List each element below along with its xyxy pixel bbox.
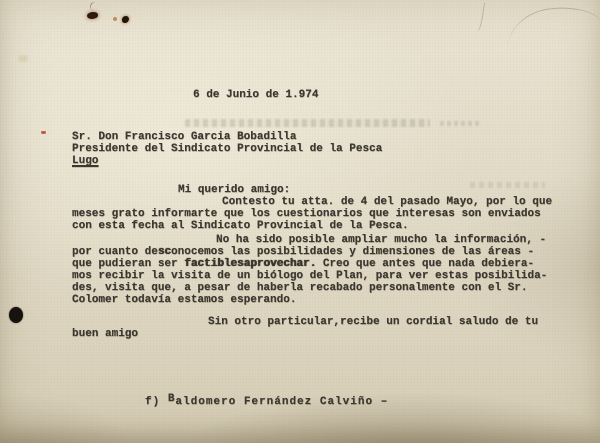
body-line: meses grato informarte que los cuestiona… — [72, 208, 541, 220]
signature-rest: aldomero Fernández Calviño – — [175, 396, 388, 408]
salutation: Mi querido amigo: — [178, 184, 290, 196]
overstruck-text: sc — [158, 246, 171, 258]
burn-curl-mark — [89, 1, 101, 13]
ghost-ink-impression — [440, 121, 480, 126]
pencil-mark — [474, 2, 485, 33]
punch-hole-dot — [9, 307, 23, 323]
body-text: que pudieran ser — [72, 258, 184, 270]
paper-stain — [18, 55, 28, 62]
signature-prefix: f) — [145, 396, 168, 408]
recipient-title: Presidente del Sindicato Provincial de l… — [72, 143, 382, 155]
ghost-ink-impression — [470, 182, 545, 188]
scanned-letter-page: 6 de Junio de 1.974 Sr. Don Francisco Ga… — [0, 0, 600, 443]
body-line: que pudieran ser factiblesaprovechar. Cr… — [72, 258, 534, 270]
body-line: Colomer todavía estamos esperando. — [72, 294, 296, 306]
body-text: onocemos las posibilidades y dimensiones… — [171, 246, 534, 258]
burn-speck-icon — [87, 12, 98, 19]
signature-initial: B — [168, 393, 176, 405]
recipient-name: Sr. Don Francisco Garcia Bobadilla — [72, 131, 296, 143]
overstruck-text: factiblesaprovechar. — [184, 258, 316, 270]
body-line: mos recibir la visita de un biólogo del … — [72, 270, 547, 282]
signature-line: f) Baldomero Fernández Calviño – — [145, 396, 388, 408]
body-line: Contesto tu atta. de 4 del pasado Mayo, … — [222, 196, 552, 208]
red-fleck — [41, 131, 46, 134]
recipient-city: Lugo — [72, 155, 98, 167]
body-line: por cuanto desconocemos las posibilidade… — [72, 246, 534, 258]
closing-line: Sin otro particular,recibe un cordial sa… — [208, 316, 538, 328]
body-line: des, visita que, a pesar de haberla reca… — [72, 282, 527, 294]
body-line: No ha sido posible ampliar mucho la info… — [216, 234, 546, 246]
burn-speck-icon — [122, 16, 129, 23]
closing-line: buen amigo — [72, 328, 138, 340]
body-text: Creo que antes que nada debiera- — [316, 258, 534, 270]
pencil-mark — [504, 4, 600, 63]
body-text: por cuanto de — [72, 246, 158, 258]
burn-speck-icon — [113, 17, 117, 21]
ghost-ink-impression — [185, 119, 430, 127]
body-line: con esta fecha al Sindicato Provincial d… — [72, 220, 409, 232]
letter-date: 6 de Junio de 1.974 — [193, 89, 318, 101]
